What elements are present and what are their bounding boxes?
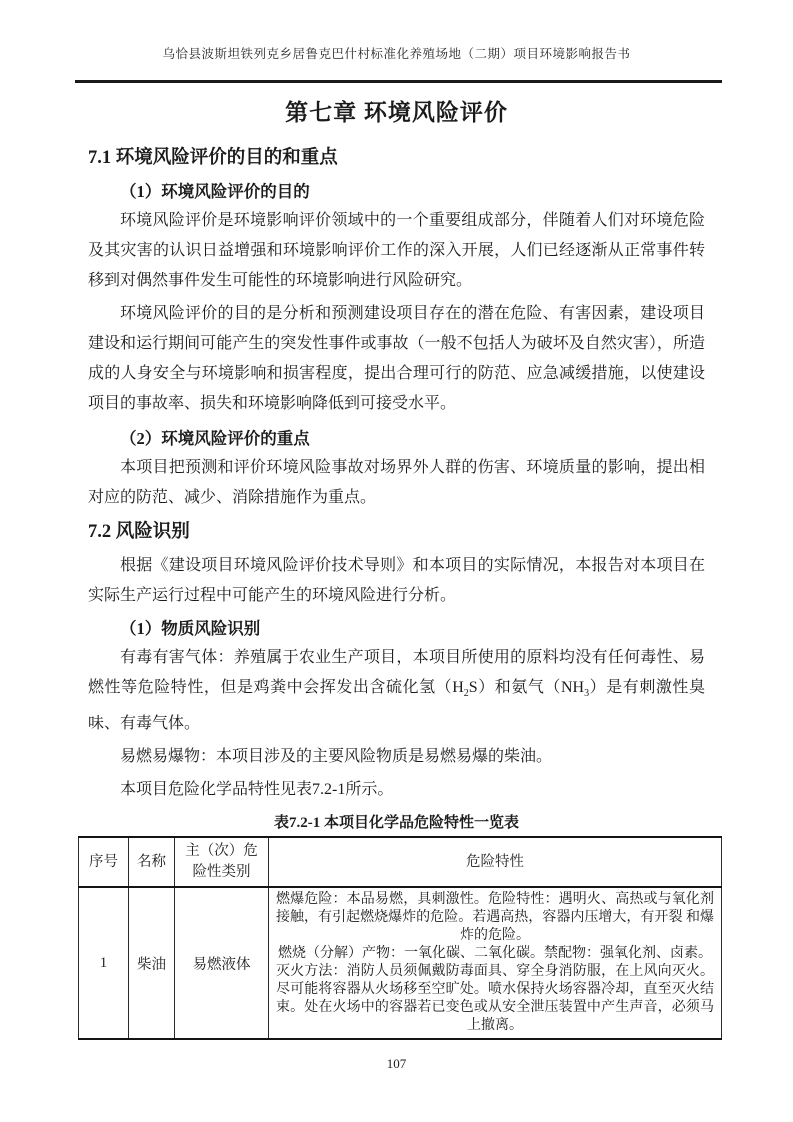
cell-category: 易燃液体 bbox=[175, 887, 269, 1039]
document-page: 乌恰县波斯坦铁列克乡居鲁克巴什村标准化养殖场地（二期）项目环境影响报告书 第七章… bbox=[0, 0, 793, 1122]
table-header-no: 序号 bbox=[79, 837, 129, 887]
cell-name: 柴油 bbox=[129, 887, 175, 1039]
table-row: 1 柴油 易燃液体 燃爆危险：本品易燃，具刺激性。危险特性：遇明火、高热或与氧化… bbox=[79, 887, 722, 1039]
paragraph-toxic-gas: 有毒有害气体：养殖属于农业生产项目，本项目所使用的原料均没有任何毒性、易燃性等危… bbox=[88, 643, 705, 739]
hazard-paragraph-combustion-products: 燃烧（分解）产物：一氧化碳、二氧化碳。禁配物：强氧化剂、卤素。 bbox=[276, 945, 714, 963]
table-header-row: 序号 名称 主（次）危险性类别 危险特性 bbox=[79, 837, 722, 887]
subsection-heading-material-risk: （1）物质风险识别 bbox=[88, 615, 705, 643]
hazard-paragraph-explosion: 燃爆危险：本品易燃，具刺激性。危险特性：遇明火、高热或与氧化剂接触，有引起燃烧爆… bbox=[276, 891, 714, 945]
table-header-hazard: 危险特性 bbox=[269, 837, 722, 887]
hazard-paragraph-firefighting: 灭火方法：消防人员须佩戴防毒面具、穿全身消防服，在上风向灭火。尽可能将容器从火场… bbox=[276, 963, 714, 1035]
cell-hazard-characteristics: 燃爆危险：本品易燃，具刺激性。危险特性：遇明火、高热或与氧化剂接触，有引起燃烧爆… bbox=[269, 887, 722, 1039]
paragraph-purpose-detail: 环境风险评价的目的是分析和预测建设项目存在的潜在危险、有害因素，建设项目建设和运… bbox=[88, 299, 705, 419]
paragraph-risk-identification-basis: 根据《建设项目环境风险评价技术导则》和本项目的实际情况，本报告对本项目在实际生产… bbox=[88, 551, 705, 611]
document-header-title: 乌恰县波斯坦铁列克乡居鲁克巴什村标准化养殖场地（二期）项目环境影响报告书 bbox=[88, 46, 705, 62]
subsection-heading-focus: （2）环境风险评价的重点 bbox=[88, 425, 705, 453]
table-header-category: 主（次）危险性类别 bbox=[175, 837, 269, 887]
table-caption: 表7.2-1 本项目化学品危险特性一览表 bbox=[88, 813, 705, 834]
paragraph-focus: 本项目把预测和评价环境风险事故对场界外人群的伤害、环境质量的影响，提出相对应的防… bbox=[88, 453, 705, 513]
toxic-gas-text-2: S）和氨气（NH bbox=[469, 679, 584, 696]
paragraph-purpose-intro: 环境风险评价是环境影响评价领域中的一个重要组成部分，伴随着人们对环境危险及其灾害… bbox=[88, 206, 705, 296]
chapter-title: 第七章 环境风险评价 bbox=[88, 95, 705, 131]
table-header-name: 名称 bbox=[129, 837, 175, 887]
subsection-heading-purpose: （1）环境风险评价的目的 bbox=[88, 178, 705, 206]
section-heading-7-1: 7.1 环境风险评价的目的和重点 bbox=[88, 144, 705, 172]
paragraph-table-reference: 本项目危险化学品特性见表7.2-1所示。 bbox=[88, 775, 705, 805]
cell-no: 1 bbox=[79, 887, 129, 1039]
paragraph-flammable: 易燃易爆物：本项目涉及的主要风险物质是易燃易爆的柴油。 bbox=[88, 742, 705, 772]
hazard-characteristics-table: 序号 名称 主（次）危险性类别 危险特性 1 柴油 易燃液体 燃爆危险：本品易燃… bbox=[78, 836, 722, 1040]
page-number: 107 bbox=[0, 1056, 793, 1072]
section-heading-7-2: 7.2 风险识别 bbox=[88, 518, 705, 546]
header-divider-rule bbox=[75, 80, 722, 83]
